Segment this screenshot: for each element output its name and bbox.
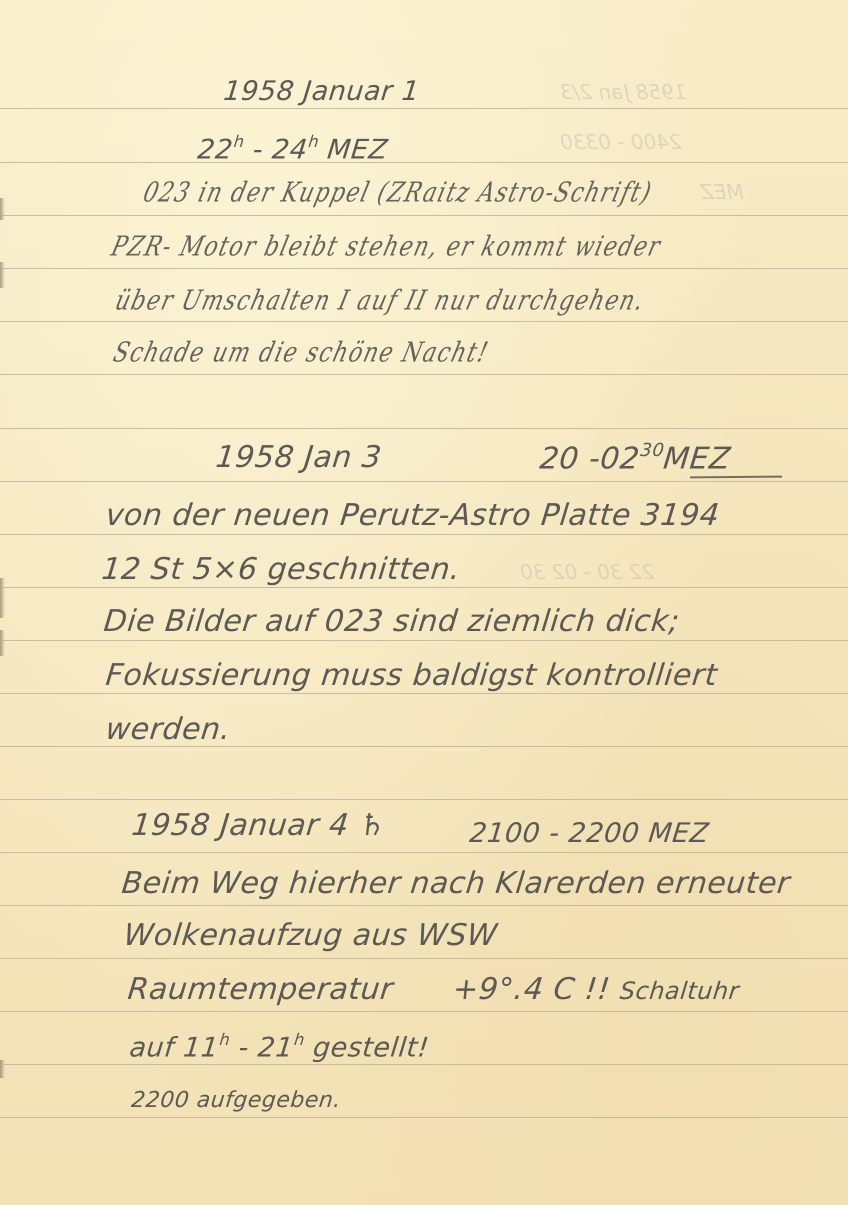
- entry-line: 2200 aufgegeben.: [130, 1088, 342, 1113]
- ruled-line: [0, 268, 848, 269]
- ruled-line: [0, 374, 848, 375]
- entry-line-timer: auf 11h - 21h gestellt!: [128, 1030, 431, 1063]
- entry-line: Schade um die schöne Nacht!: [110, 338, 492, 369]
- ruled-line: [0, 587, 848, 588]
- time-end-unit: h: [307, 132, 320, 151]
- time-end: 2200: [567, 818, 641, 849]
- time-zone: MEZ: [647, 818, 711, 849]
- timer-start: auf 11: [128, 1032, 220, 1063]
- ruled-line: [0, 1011, 848, 1012]
- binding-mark: [0, 630, 5, 656]
- ruled-line: [0, 799, 848, 800]
- time-zone: MEZ: [326, 134, 390, 165]
- time-end: 02: [599, 442, 642, 477]
- entry-line: 12 St 5×6 geschnitten.: [100, 552, 462, 587]
- entry-date: 1958 Januar 1: [222, 76, 421, 107]
- entry-time-range: 20 -0230MEZ: [538, 440, 732, 477]
- ruled-line: [0, 162, 848, 163]
- entry-date: 1958 Januar 4 ♄: [130, 808, 388, 843]
- time-start-unit: h: [233, 132, 246, 151]
- bleed-through-text: 1958 Jan 2/3: [560, 80, 687, 104]
- binding-mark: [0, 578, 5, 618]
- ruled-line: [0, 534, 848, 535]
- time-start: 22: [196, 134, 235, 165]
- time-separator: -: [548, 818, 562, 849]
- entry-line-temperature: Raumtemperatur +9°.4 C !! Schaltuhr: [126, 972, 741, 1007]
- bleed-through-text: 22 30 - 02 30: [520, 560, 654, 584]
- temperature-label: Raumtemperatur: [126, 972, 395, 1007]
- ruled-line: [0, 1064, 848, 1065]
- entry-time-range: 2100 - 2200 MEZ: [468, 818, 711, 849]
- time-end: 24: [271, 134, 310, 165]
- ruled-line: [0, 1117, 848, 1118]
- ruled-line: [0, 905, 848, 906]
- entry-line: 023 in der Kuppel (ZRaitz Astro-Schrift): [140, 178, 655, 209]
- timer-label: Schaltuhr: [619, 977, 741, 1005]
- time-start: 20: [538, 442, 581, 477]
- notebook-page: 1958 Jan 2/3 2400 - 0330 MEZ 22 30 - 02 …: [0, 0, 848, 1205]
- ruled-line: [0, 852, 848, 853]
- entry-line: Wolkenaufzug aus WSW: [122, 918, 499, 953]
- entry-time-range: 22h - 24h MEZ: [196, 132, 390, 165]
- entry-line: werden.: [104, 712, 233, 747]
- entry-line: über Umschalten I auf II nur durchgehen.: [112, 286, 648, 317]
- timer-end: - 21: [228, 1032, 295, 1063]
- entry-line: PZR- Motor bleibt stehen, er kommt wiede…: [108, 232, 664, 263]
- binding-mark: [0, 262, 5, 288]
- time-separator: -: [251, 134, 265, 165]
- header-underline: [690, 476, 782, 479]
- temperature-value: +9°.4 C !!: [451, 972, 612, 1007]
- ruled-line: [0, 215, 848, 216]
- ruled-line: [0, 958, 848, 959]
- time-zone: MEZ: [662, 442, 733, 477]
- ruled-line: [0, 640, 848, 641]
- ruled-line: [0, 693, 848, 694]
- entry-line: Fokussierung muss baldigst kontrolliert: [104, 658, 719, 693]
- bleed-through-text: MEZ: [700, 180, 744, 204]
- binding-mark: [0, 1060, 5, 1078]
- binding-mark: [0, 198, 5, 220]
- ruled-line: [0, 321, 848, 322]
- time-end-minutes: 30: [639, 440, 665, 461]
- ruled-line: [0, 108, 848, 109]
- entry-line: Die Bilder auf 023 sind ziemlich dick;: [102, 604, 681, 639]
- entry-date: 1958 Jan 3: [214, 440, 383, 475]
- entry-line: Beim Weg hierher nach Klarerden erneuter: [120, 866, 792, 901]
- entry-line: von der neuen Perutz-Astro Platte 3194: [104, 498, 721, 533]
- ruled-line: [0, 481, 848, 482]
- time-start: 2100: [468, 818, 542, 849]
- ruled-line: [0, 428, 848, 429]
- timer-suffix: gestellt!: [302, 1032, 430, 1063]
- bleed-through-text: 2400 - 0330: [560, 130, 682, 154]
